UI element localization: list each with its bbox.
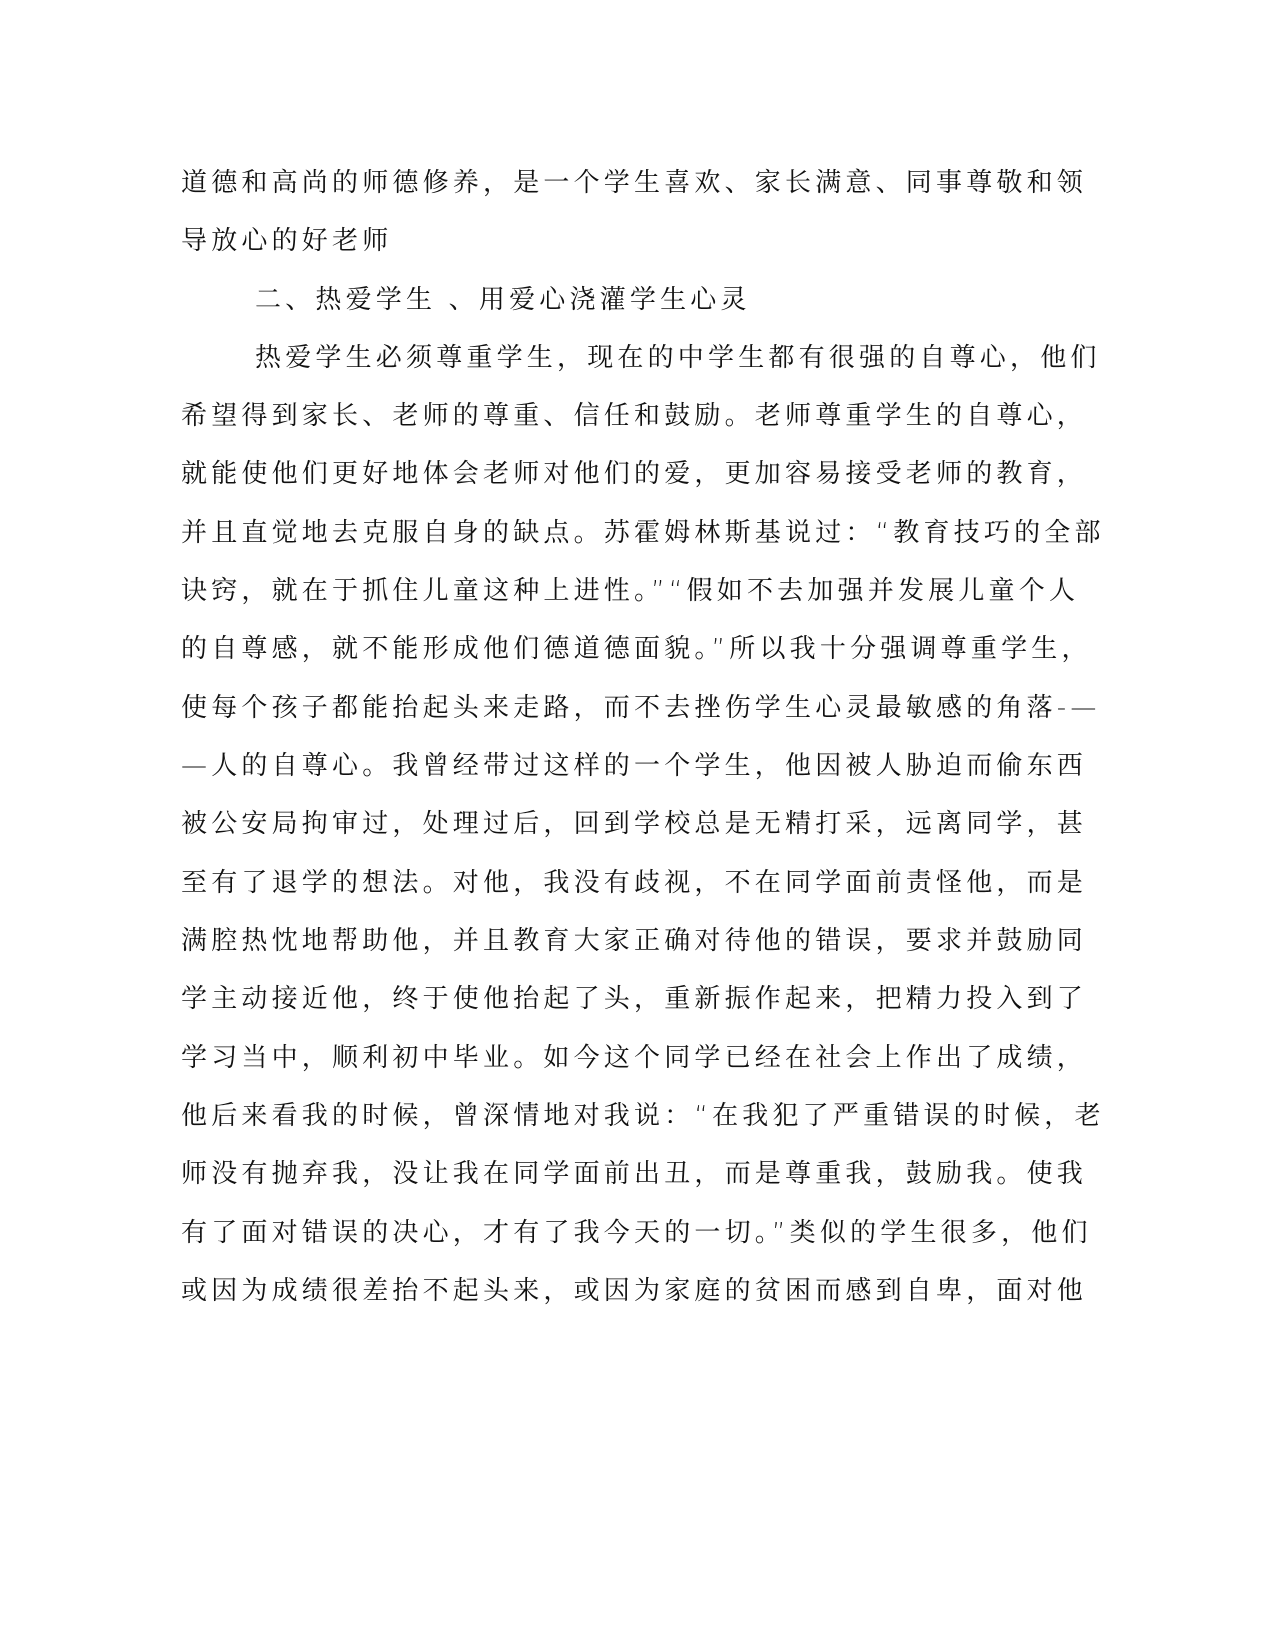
paragraph-line: 希望得到家长、老师的尊重、信任和鼓励。老师尊重学生的自尊心， — [181, 401, 1041, 431]
paragraph-line: 被公安局拘审过，处理过后，回到学校总是无精打采，远离同学，甚 — [181, 809, 1041, 839]
paragraph-line: 就能使他们更好地体会老师对他们的爱，更加容易接受老师的教育， — [181, 459, 1041, 489]
paragraph-line: 或因为成绩很差抬不起头来，或因为家庭的贫困而感到自卑，面对他 — [181, 1276, 1041, 1306]
paragraph-line: —人的自尊心。我曾经带过这样的一个学生，他因被人胁迫而偷东西 — [181, 751, 1041, 781]
paragraph-line: 热爱学生必须尊重学生，现在的中学生都有很强的自尊心，他们 — [255, 343, 1115, 373]
section-heading: 二、热爱学生 、用爱心浇灌学生心灵 — [255, 285, 1115, 315]
document-page: 道德和高尚的师德修养，是一个学生喜欢、家长满意、同事尊敬和领 导放心的好老师 二… — [0, 0, 1275, 1650]
paragraph-line: 道德和高尚的师德修养，是一个学生喜欢、家长满意、同事尊敬和领 — [181, 168, 1041, 198]
paragraph-line: 使每个孩子都能抬起头来走路，而不去挫伤学生心灵最敏感的角落-— — [181, 693, 1041, 723]
paragraph-line: 学主动接近他，终于使他抬起了头，重新振作起来，把精力投入到了 — [181, 984, 1041, 1014]
paragraph-line: 诀窍，就在于抓住儿童这种上进性。”“假如不去加强并发展儿童个人 — [181, 576, 1041, 606]
paragraph-line: 至有了退学的想法。对他，我没有歧视，不在同学面前责怪他，而是 — [181, 868, 1041, 898]
paragraph-line: 并且直觉地去克服自身的缺点。苏霍姆林斯基说过：“教育技巧的全部 — [181, 518, 1041, 548]
paragraph-line: 满腔热忱地帮助他，并且教育大家正确对待他的错误，要求并鼓励同 — [181, 926, 1041, 956]
paragraph-line: 导放心的好老师 — [181, 226, 1041, 256]
paragraph-line: 的自尊感，就不能形成他们德道德面貌。”所以我十分强调尊重学生， — [181, 634, 1041, 664]
paragraph-line: 有了面对错误的决心，才有了我今天的一切。”类似的学生很多，他们 — [181, 1218, 1041, 1248]
paragraph-line: 学习当中，顺利初中毕业。如今这个同学已经在社会上作出了成绩， — [181, 1043, 1041, 1073]
paragraph-line: 师没有抛弃我，没让我在同学面前出丑，而是尊重我，鼓励我。使我 — [181, 1159, 1041, 1189]
paragraph-line: 他后来看我的时候，曾深情地对我说：“在我犯了严重错误的时候，老 — [181, 1101, 1041, 1131]
